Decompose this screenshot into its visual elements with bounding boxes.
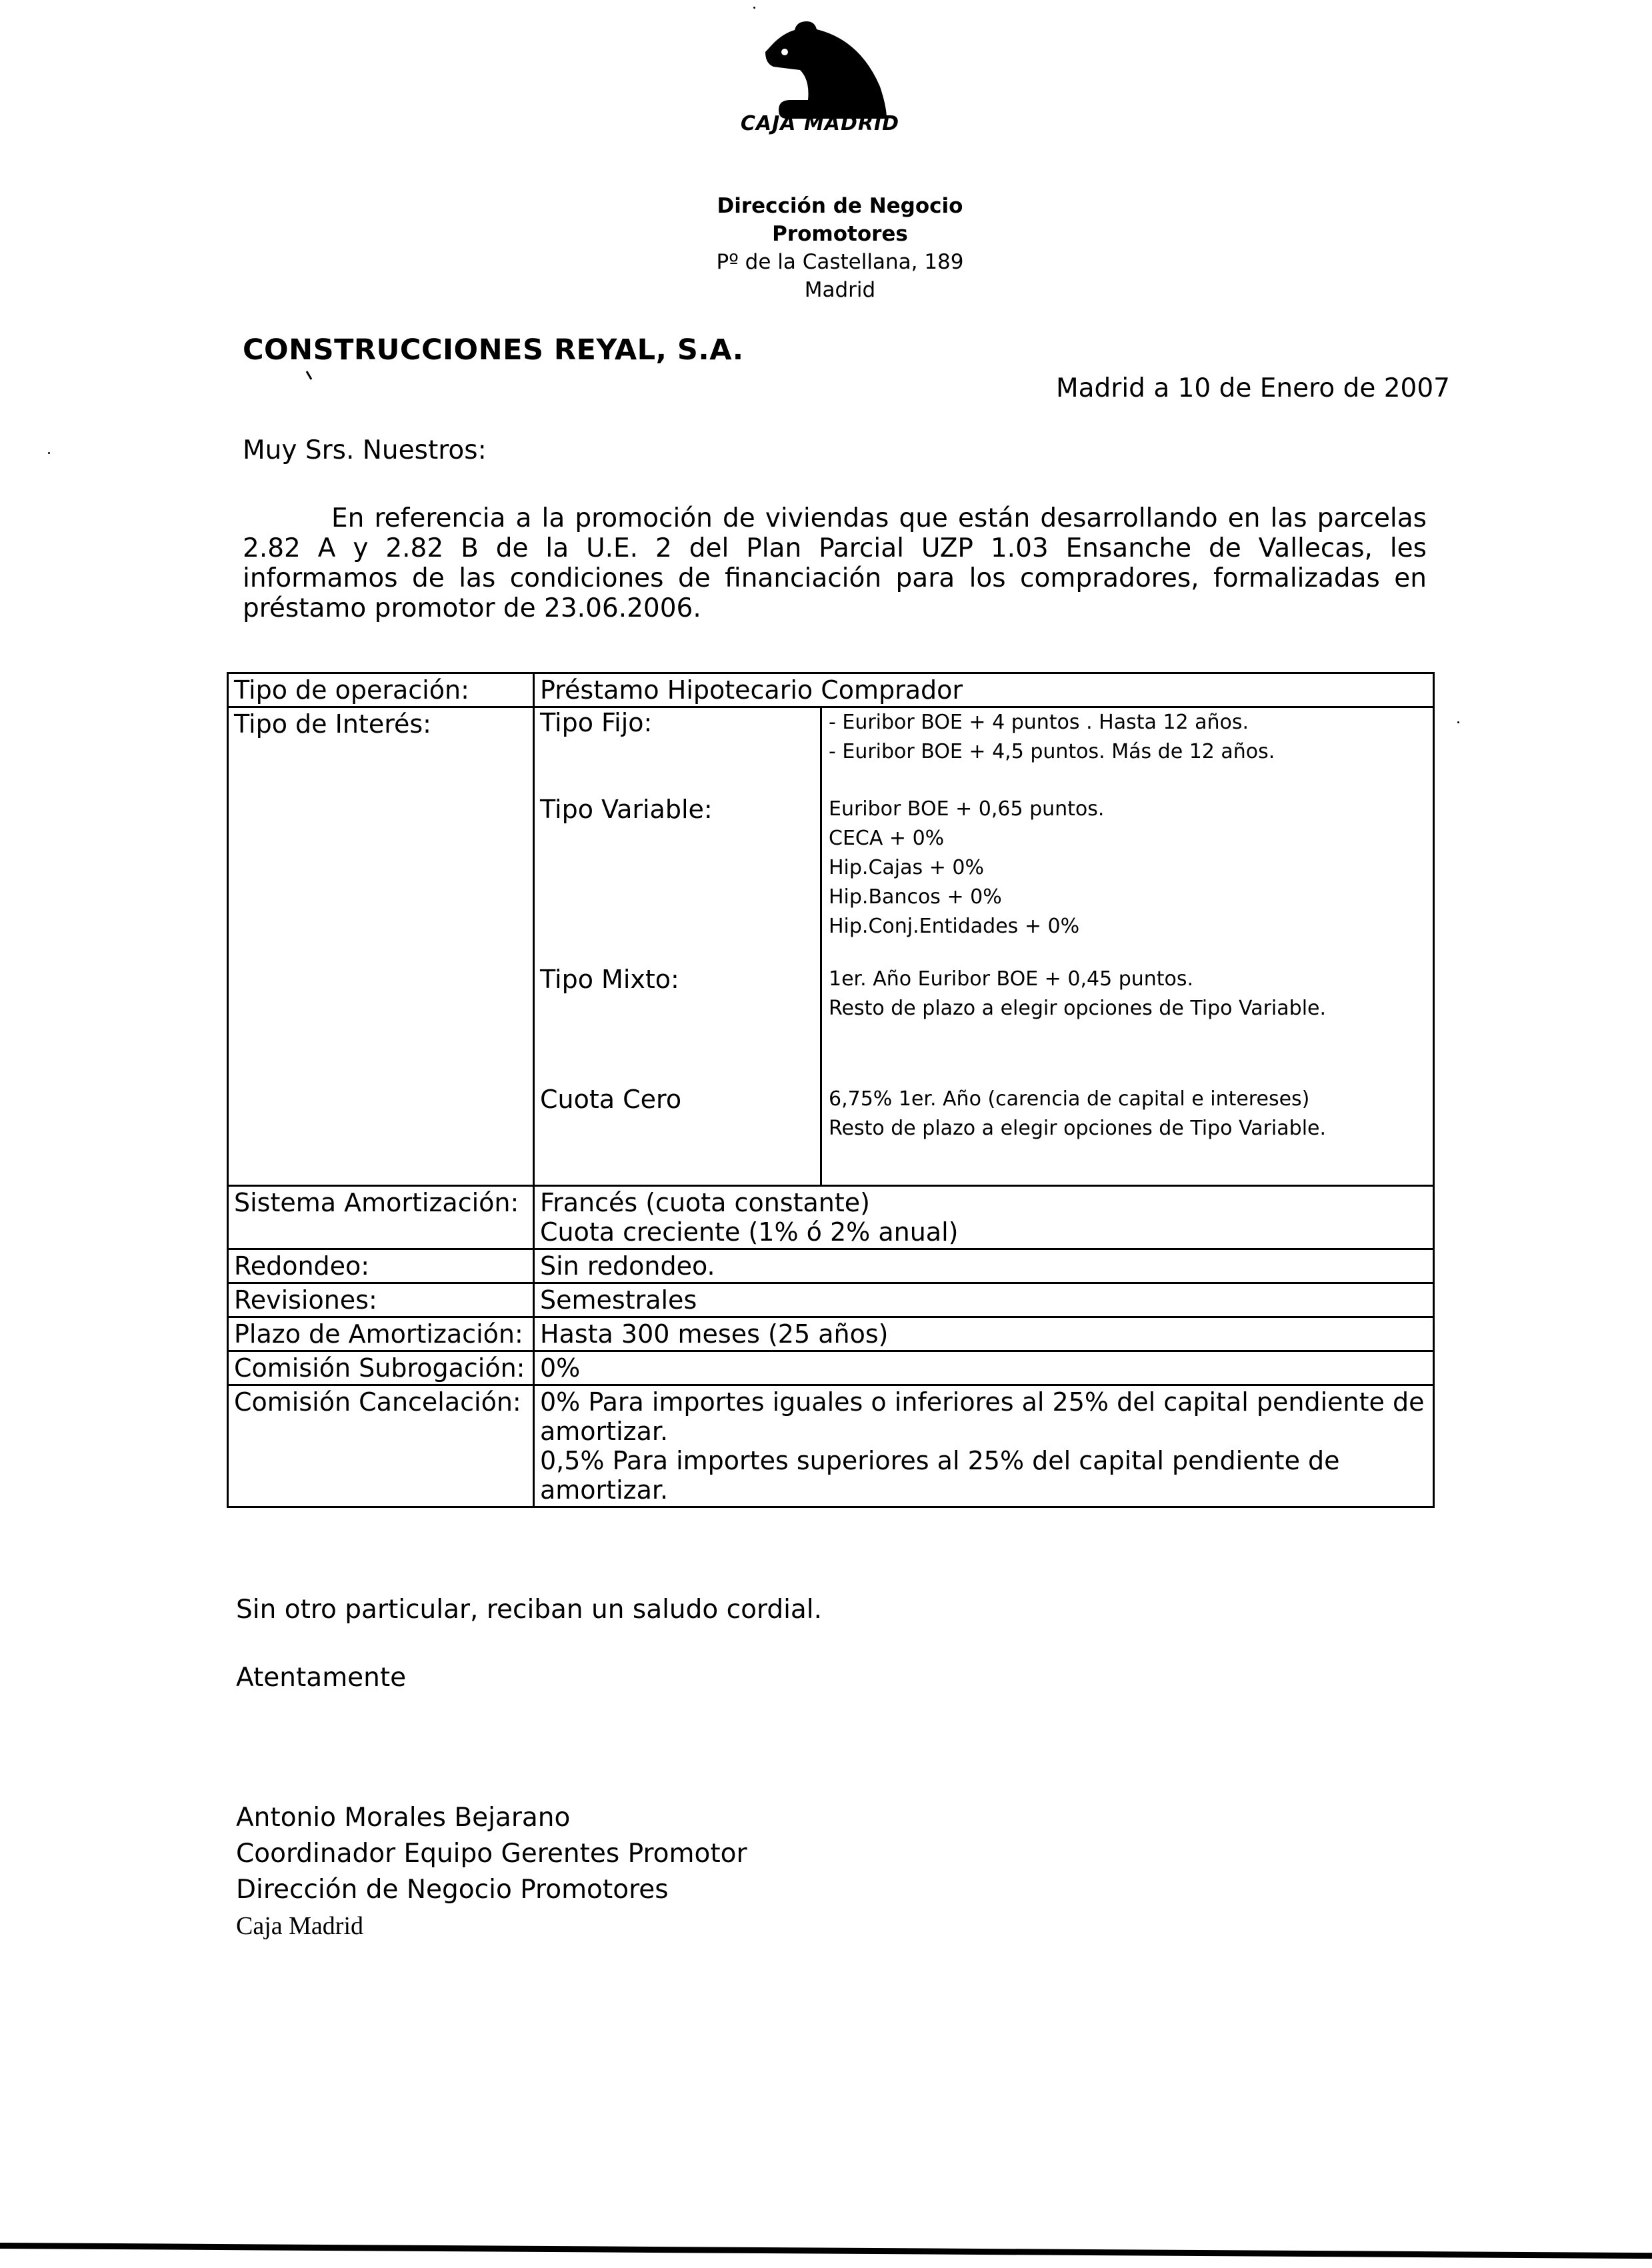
interest-type-row: Cuota Cero6,75% 1er. Año (carencia de ca… xyxy=(535,1085,1433,1185)
table-row: Plazo de Amortización:Hasta 300 meses (2… xyxy=(228,1317,1434,1351)
value-line: 0% Para importes iguales o inferiores al… xyxy=(540,1387,1427,1446)
logo-text: CAJA MADRID xyxy=(720,112,920,135)
row-label: Tipo de operación: xyxy=(228,673,534,707)
row-label: Revisiones: xyxy=(228,1283,534,1317)
detail-line: 1er. Año Euribor BOE + 0,45 puntos. xyxy=(829,965,1433,994)
row-label: Redondeo: xyxy=(228,1249,534,1283)
signer-organization: Caja Madrid xyxy=(236,1908,747,1944)
row-value: Francés (cuota constante)Cuota creciente… xyxy=(534,1186,1434,1249)
detail-line: Resto de plazo a elegir opciones de Tipo… xyxy=(829,994,1433,1023)
detail-line: CECA + 0% xyxy=(829,824,1433,853)
table-row: Comisión Cancelación:0% Para importes ig… xyxy=(228,1385,1434,1507)
interest-type-name: Cuota Cero xyxy=(535,1085,821,1185)
page-bottom-rule xyxy=(0,2243,1652,2259)
value-line: Sin redondeo. xyxy=(540,1251,1427,1281)
value-line: 0% xyxy=(540,1353,1427,1383)
row-label: Sistema Amortización: xyxy=(228,1186,534,1249)
other-conditions: Sistema Amortización:Francés (cuota cons… xyxy=(228,1186,1434,1507)
interest-types-table: Tipo Fijo:- Euribor BOE + 4 puntos . Has… xyxy=(535,708,1433,1185)
scan-speck xyxy=(48,452,50,454)
interest-type-row: Tipo Mixto:1er. Año Euribor BOE + 0,45 p… xyxy=(535,965,1433,1085)
interest-type-name: Tipo Variable: xyxy=(535,795,821,965)
intro-paragraph: En referencia a la promoción de vivienda… xyxy=(243,503,1427,623)
detail-line: Hip.Bancos + 0% xyxy=(829,883,1433,912)
address-line-2: Madrid xyxy=(667,276,1013,304)
department-line-1: Dirección de Negocio xyxy=(667,192,1013,220)
value-line: Cuota creciente (1% ó 2% anual) xyxy=(540,1217,1427,1247)
table-row: Comisión Subrogación:0% xyxy=(228,1351,1434,1385)
value-line: Francés (cuota constante) xyxy=(540,1188,1427,1217)
row-label: Plazo de Amortización: xyxy=(228,1317,534,1351)
interest-type-name: Tipo Fijo: xyxy=(535,708,821,795)
row-label: Tipo de Interés: xyxy=(228,707,534,1186)
signature-block: Antonio Morales Bejarano Coordinador Equ… xyxy=(236,1800,747,1944)
row-value: 0% xyxy=(534,1351,1434,1385)
row-label: Comisión Cancelación: xyxy=(228,1385,534,1507)
interest-types: Tipo Fijo:- Euribor BOE + 4 puntos . Has… xyxy=(534,707,1434,1186)
address-line-1: Pº de la Castellana, 189 xyxy=(667,248,1013,276)
salutation: Muy Srs. Nuestros: xyxy=(243,435,487,465)
department-line-2: Promotores xyxy=(667,220,1013,248)
detail-line: Resto de plazo a elegir opciones de Tipo… xyxy=(829,1114,1433,1143)
interest-type-name: Tipo Mixto: xyxy=(535,965,821,1085)
interest-type-details: 6,75% 1er. Año (carencia de capital e in… xyxy=(821,1085,1433,1185)
recipient: CONSTRUCCIONES REYAL, S.A. xyxy=(243,333,744,367)
signer-name: Antonio Morales Bejarano xyxy=(236,1800,747,1836)
interest-type-details: 1er. Año Euribor BOE + 0,45 puntos.Resto… xyxy=(821,965,1433,1085)
value-line: 0,5% Para importes superiores al 25% del… xyxy=(540,1446,1427,1505)
closing-line: Sin otro particular, reciban un saludo c… xyxy=(236,1595,822,1625)
table-row: Revisiones:Semestrales xyxy=(228,1283,1434,1317)
interest-type-row: Tipo Fijo:- Euribor BOE + 4 puntos . Has… xyxy=(535,708,1433,795)
table-row-operation: Tipo de operación: Préstamo Hipotecario … xyxy=(228,673,1434,707)
scan-speck xyxy=(753,7,755,9)
signer-title: Coordinador Equipo Gerentes Promotor xyxy=(236,1836,747,1872)
signer-department: Dirección de Negocio Promotores xyxy=(236,1872,747,1908)
sender-block: Dirección de Negocio Promotores Pº de la… xyxy=(667,192,1013,304)
row-label: Comisión Subrogación: xyxy=(228,1351,534,1385)
detail-line: Euribor BOE + 0,65 puntos. xyxy=(829,795,1433,824)
interest-type-details: Euribor BOE + 0,65 puntos.CECA + 0%Hip.C… xyxy=(821,795,1433,965)
scan-mark xyxy=(306,371,313,380)
row-value: Hasta 300 meses (25 años) xyxy=(534,1317,1434,1351)
table-row: Sistema Amortización:Francés (cuota cons… xyxy=(228,1186,1434,1249)
row-value: Préstamo Hipotecario Comprador xyxy=(534,673,1434,707)
value-line: Hasta 300 meses (25 años) xyxy=(540,1319,1427,1349)
interest-type-details: - Euribor BOE + 4 puntos . Hasta 12 años… xyxy=(821,708,1433,795)
row-value: Semestrales xyxy=(534,1283,1434,1317)
row-value: Sin redondeo. xyxy=(534,1249,1434,1283)
detail-line: - Euribor BOE + 4,5 puntos. Más de 12 añ… xyxy=(829,737,1433,767)
scan-speck xyxy=(1457,721,1459,723)
letter-date: Madrid a 10 de Enero de 2007 xyxy=(1056,373,1450,403)
conditions-table: Tipo de operación: Préstamo Hipotecario … xyxy=(227,672,1435,1508)
sign-off: Atentamente xyxy=(236,1663,406,1693)
row-value: 0% Para importes iguales o inferiores al… xyxy=(534,1385,1434,1507)
detail-line: - Euribor BOE + 4 puntos . Hasta 12 años… xyxy=(829,708,1433,737)
detail-line: Hip.Conj.Entidades + 0% xyxy=(829,912,1433,941)
table-row-interest: Tipo de Interés: Tipo Fijo:- Euribor BOE… xyxy=(228,707,1434,1186)
table-row: Redondeo:Sin redondeo. xyxy=(228,1249,1434,1283)
interest-type-row: Tipo Variable:Euribor BOE + 0,65 puntos.… xyxy=(535,795,1433,965)
value-line: Semestrales xyxy=(540,1285,1427,1315)
detail-line: 6,75% 1er. Año (carencia de capital e in… xyxy=(829,1085,1433,1114)
detail-line: Hip.Cajas + 0% xyxy=(829,853,1433,883)
